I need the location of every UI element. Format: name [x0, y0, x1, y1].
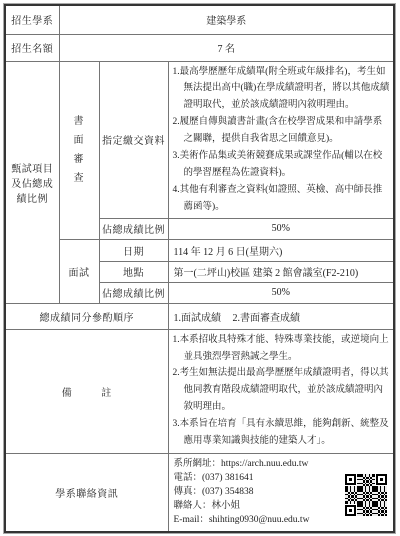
contact-label: 學系聯絡資訊	[5, 453, 168, 532]
contact-info: 系所網址：https://arch.nuu.edu.tw 電話：(037) 38…	[168, 453, 394, 532]
qr-finder-icon	[376, 474, 387, 485]
qr-code	[345, 474, 387, 516]
interview-label: 面試	[59, 239, 99, 303]
quota-label: 招生名額	[5, 34, 59, 61]
interview-date-label: 日期	[99, 239, 168, 261]
interview-location-value: 第一(二坪山)校區 建築 2 館會議室(F2-210)	[168, 261, 394, 282]
admission-info-table: 招生學系 建築學系 招生名額 7 名 甄試項目及佔總成績比例 書面審查 指定繳交…	[4, 4, 395, 533]
remark-item: 2.考生如無法提出最高學歷歷年成績證明者，得以其他同教育階段成績證明取代，並於該…	[173, 365, 391, 416]
remarks-label: 備 註	[5, 329, 168, 453]
review-weight-value: 50%	[168, 218, 394, 239]
interview-location-label: 地點	[99, 261, 168, 282]
qr-finder-icon	[345, 474, 356, 485]
tiebreaker-value: 1.面試成績 2.書面審查成績	[168, 303, 394, 329]
exam-section-label: 甄試項目及佔總成績比例	[5, 61, 59, 303]
department-value: 建築學系	[59, 5, 394, 34]
contact-website: 系所網址：https://arch.nuu.edu.tw	[174, 457, 391, 471]
material-item: 3.美術作品集或美術競賽成果或課堂作品(輔以在校的學習歷程為佐證資料)。	[173, 148, 391, 182]
tiebreaker-label: 總成績同分參酌順序	[5, 303, 168, 329]
document-review-label: 書面審查	[59, 61, 99, 239]
material-item: 1.最高學歷歷年成績單(附全班或年級排名)，考生如無法提出高中(職)在學成績證明…	[173, 64, 391, 115]
document-review-label-text: 書面審查	[69, 112, 90, 188]
materials-list: 1.最高學歷歷年成績單(附全班或年級排名)，考生如無法提出高中(職)在學成績證明…	[168, 61, 394, 218]
review-weight-label: 佔總成績比例	[99, 218, 168, 239]
material-item: 4.其他有利審查之資料(如證照、英檢、高中師長推薦函等)。	[173, 182, 391, 216]
department-label: 招生學系	[5, 5, 59, 34]
materials-label: 指定繳交資料	[99, 61, 168, 218]
interview-weight-value: 50%	[168, 282, 394, 303]
material-item: 2.履歷自傳與讀書計畫(含在校學習成果和申請學系之關聯，提供自我省思之回饋意見)…	[173, 114, 391, 148]
remark-item: 1.本系招收具特殊才能、特殊專業技能，或逆境向上並具強烈學習熱誠之學生。	[173, 332, 391, 366]
quota-value: 7 名	[59, 34, 394, 61]
qr-finder-icon	[345, 505, 356, 516]
admission-document-page: { "theme": { "ink": "#1d1d1d", "grid_lin…	[0, 0, 400, 536]
remark-item: 3.本系旨在培育「具有永續思維，能夠創新、統整及應用專業知識與技能的建築人才」。	[173, 416, 391, 450]
interview-weight-label: 佔總成績比例	[99, 282, 168, 303]
interview-date-value: 114 年 12 月 6 日(星期六)	[168, 239, 394, 261]
remarks-list: 1.本系招收具特殊才能、特殊專業技能，或逆境向上並具強烈學習熱誠之學生。 2.考…	[168, 329, 394, 453]
